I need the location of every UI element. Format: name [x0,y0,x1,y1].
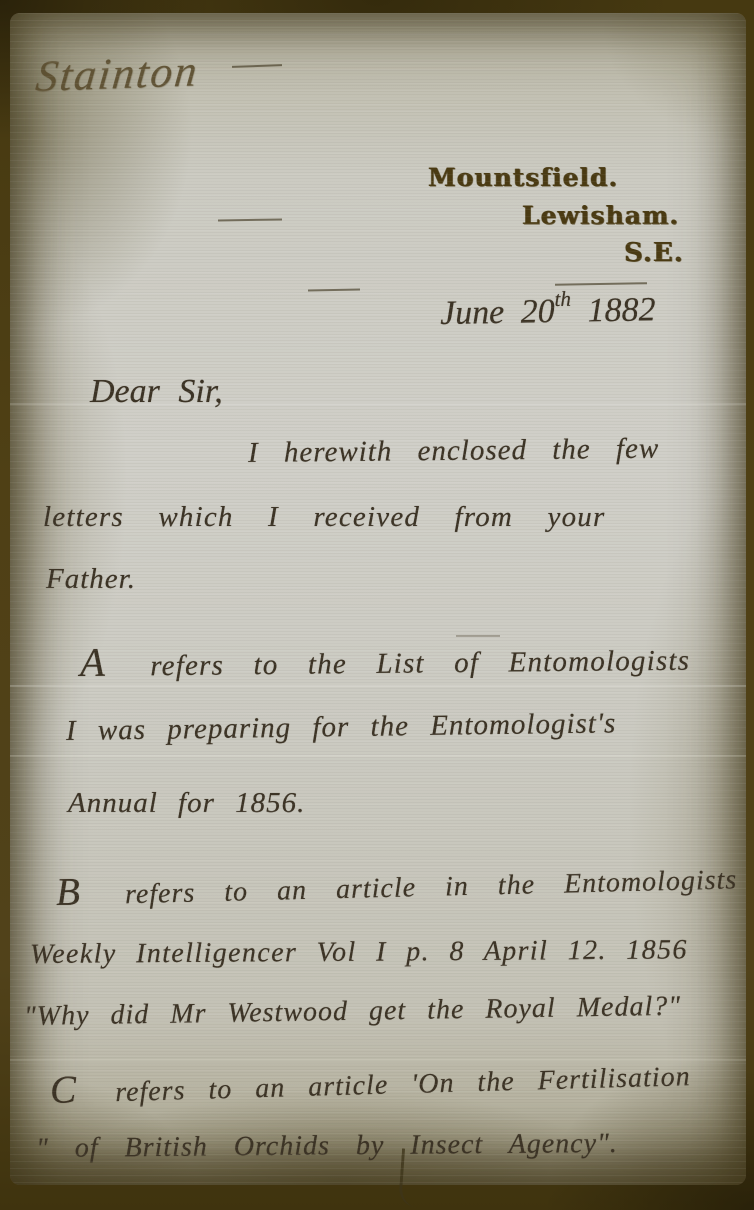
pencil-annotation: Stainton [34,49,201,99]
scan-streak [10,755,746,757]
letterhead-line-3: S.E. [624,240,684,266]
scan-artifact-dash [456,635,500,637]
letterhead-line-2: Lewisham. [522,203,679,228]
body-line: Annual for 1856. [68,789,305,818]
body-line: B refers to an article in the Entomologi… [56,856,738,912]
date-line: June 20th 1882 [440,287,656,331]
body-line: Father. [46,565,136,594]
letter-paper: Stainton Mountsfield. Lewisham. S.E. Jun… [10,13,746,1185]
body-line: A refers to the List of Entomologists [80,637,691,684]
scan-streak [10,685,746,687]
body-line: " of British Orchids by Insect Agency". [36,1130,618,1163]
date-day: June 20 [440,293,555,332]
scan-artifact-dash [218,218,282,221]
body-line: C refers to an article 'On the Fertilisa… [49,1053,691,1110]
scan-artifact-dash [308,289,360,292]
body-line: letters which I received from your [43,503,605,532]
scanned-letter-page: Stainton Mountsfield. Lewisham. S.E. Jun… [0,0,754,1210]
body-line: "Why did Mr Westwood get the Royal Medal… [24,993,681,1031]
body-line: I was preparing for the Entomologist's [66,709,617,746]
date-ordinal: th [554,287,571,311]
letterhead-line-1: Mountsfield. [428,165,618,190]
scan-artifact-dash [555,282,647,286]
body-line: I herewith enclosed the few [248,435,660,468]
body-line: Weekly Intelligencer Vol I p. 8 April 12… [30,936,688,969]
scan-artifact-dash [232,64,282,68]
salutation: Dear Sir, [90,375,223,409]
date-year: 1882 [587,291,656,329]
